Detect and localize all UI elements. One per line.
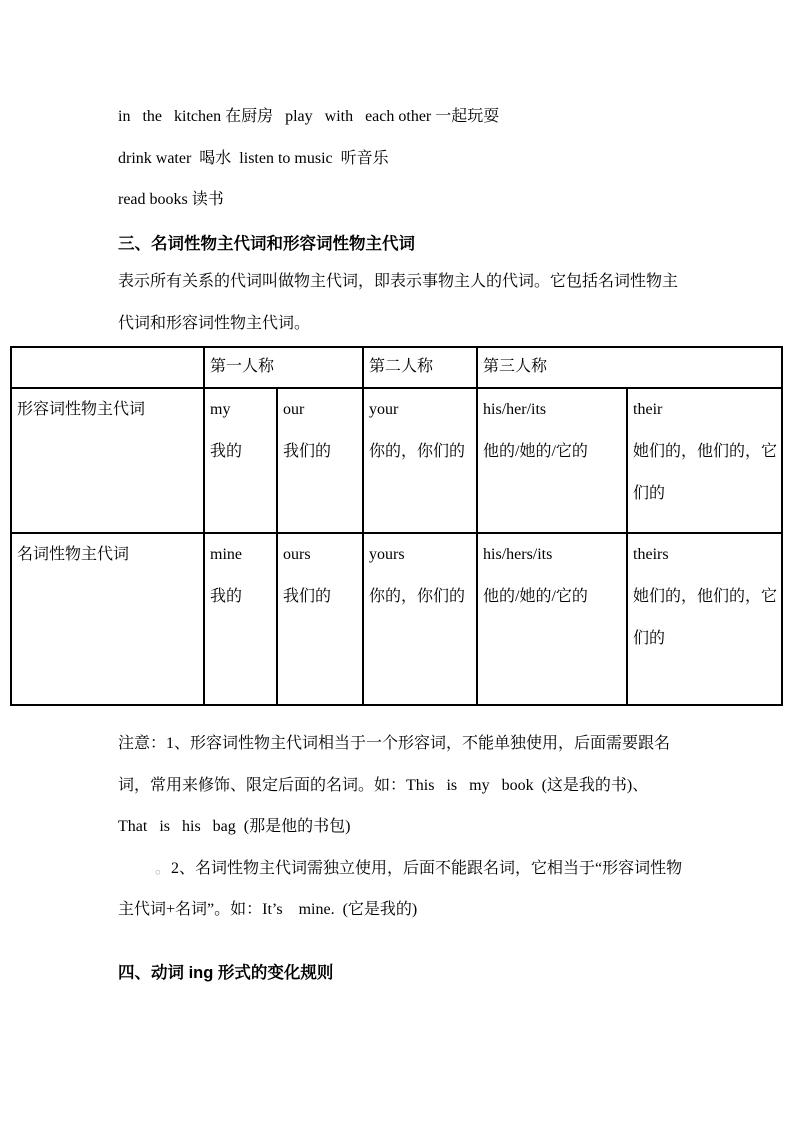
note2-line: 。2、名词性物主代词需独立使用，后面不能跟名词，它相当于“形容词性物 bbox=[118, 848, 718, 890]
table-cell: ours 我们的 bbox=[277, 533, 363, 705]
table-row-noun-possessive: 名词性物主代词 mine 我的 ours 我们的 yours 你的，你们的 hi… bbox=[11, 533, 782, 705]
table-cell: theirs 她们的，他们的，它们的 bbox=[627, 533, 782, 705]
document-page: in the kitchen 在厨房 play with each other … bbox=[0, 0, 793, 1122]
phrase-line: read books 读书 bbox=[118, 179, 499, 221]
table-cell: mine 我的 bbox=[204, 533, 277, 705]
col-header-second-person: 第二人称 bbox=[363, 347, 477, 388]
section3-heading: 三、名词性物主代词和形容词性物主代词 bbox=[118, 230, 415, 254]
note1-line: That is his bag (那是他的书包) bbox=[118, 806, 718, 848]
note1-line: 注意：1、形容词性物主代词相当于一个形容词，不能单独使用，后面需要跟名 bbox=[118, 723, 718, 765]
table-cell: your 你的，你们的 bbox=[363, 388, 477, 533]
table-corner-cell bbox=[11, 347, 204, 388]
table-cell: our 我们的 bbox=[277, 388, 363, 533]
row-label-cell: 名词性物主代词 bbox=[11, 533, 204, 705]
row-label-cell: 形容词性物主代词 bbox=[11, 388, 204, 533]
phrase-line: in the kitchen 在厨房 play with each other … bbox=[118, 96, 499, 138]
intro-line: 代词和形容词性物主代词。 bbox=[118, 303, 678, 345]
table-row-adjective-possessive: 形容词性物主代词 my 我的 our 我们的 your 你的，你们的 his/h… bbox=[11, 388, 782, 533]
section4-heading: 四、动词 ing 形式的变化规则 bbox=[118, 959, 333, 983]
note2-prefix-mark: 。 bbox=[155, 860, 171, 877]
note1-line: 词，常用来修饰、限定后面的名词。如：This is my book (这是我的书… bbox=[118, 765, 718, 807]
notes-block: 注意：1、形容词性物主代词相当于一个形容词，不能单独使用，后面需要跟名 词，常用… bbox=[118, 723, 718, 931]
section3-intro: 表示所有关系的代词叫做物主代词，即表示事物主人的代词。它包括名词性物主 代词和形… bbox=[118, 261, 678, 344]
table-cell: their 她们的，他们的，它们的 bbox=[627, 388, 782, 533]
intro-line: 表示所有关系的代词叫做物主代词，即表示事物主人的代词。它包括名词性物主 bbox=[118, 261, 678, 303]
table-cell: my 我的 bbox=[204, 388, 277, 533]
table-header-row: 第一人称 第二人称 第三人称 bbox=[11, 347, 782, 388]
possessive-pronoun-table: 第一人称 第二人称 第三人称 形容词性物主代词 my 我的 our 我们的 yo… bbox=[10, 346, 783, 706]
col-header-first-person: 第一人称 bbox=[204, 347, 363, 388]
table-cell: yours 你的，你们的 bbox=[363, 533, 477, 705]
col-header-third-person: 第三人称 bbox=[477, 347, 782, 388]
note2-line: 主代词+名词”。如：It’s mine. (它是我的) bbox=[118, 889, 718, 931]
vocabulary-phrases: in the kitchen 在厨房 play with each other … bbox=[118, 96, 499, 221]
table-cell: his/hers/its 他的/她的/它的 bbox=[477, 533, 627, 705]
phrase-line: drink water 喝水 listen to music 听音乐 bbox=[118, 138, 499, 180]
note2-text: 2、名词性物主代词需独立使用，后面不能跟名词，它相当于“形容词性物 bbox=[171, 860, 682, 877]
table-cell: his/her/its 他的/她的/它的 bbox=[477, 388, 627, 533]
